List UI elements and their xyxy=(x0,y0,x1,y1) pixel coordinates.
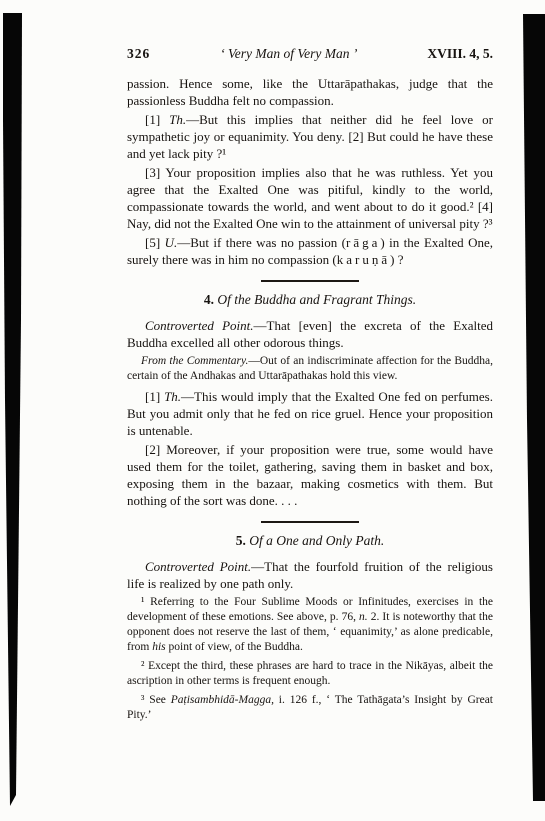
debate-4-paragraph-1: [1] Th.—This would imply that the Exalte… xyxy=(127,388,493,439)
debate-3-paragraph-3: [5] U.—But if there was no passion (rāga… xyxy=(127,234,493,268)
text-block: 326 ‘ Very Man of Very Man ’ XVIII. 4, 5… xyxy=(127,46,493,727)
section-divider xyxy=(261,521,359,523)
section-5-heading: 5. Of a One and Only Path. xyxy=(127,532,493,549)
page-header: 326 ‘ Very Man of Very Man ’ XVIII. 4, 5… xyxy=(127,46,493,62)
footnote-3: ³ See Paṭisambhidā-Magga, i. 126 f., ‘ T… xyxy=(127,693,493,723)
continuation-paragraph: passion. Hence some, like the Uttarāpath… xyxy=(127,75,493,109)
footnote-2: ² Except the third, these phrases are ha… xyxy=(127,659,493,689)
scan-edge-artifact-left xyxy=(3,13,22,806)
debate-3-paragraph-1: [1] Th.—But this implies that neither di… xyxy=(127,111,493,162)
commentary-extract-4: From the Commentary.—Out of an indiscrim… xyxy=(127,354,493,384)
section-reference: XVIII. 4, 5. xyxy=(427,46,493,62)
page-content: passion. Hence some, like the Uttarāpath… xyxy=(127,75,493,723)
footnote-1: ¹ Referring to the Four Sublime Moods or… xyxy=(127,595,493,655)
scan-edge-artifact-right xyxy=(523,14,545,801)
section-4-heading: 4. Of the Buddha and Fragrant Things. xyxy=(127,291,493,308)
book-page-scan: 326 ‘ Very Man of Very Man ’ XVIII. 4, 5… xyxy=(0,0,545,821)
debate-4-paragraph-2: [2] Moreover, if your proposition were t… xyxy=(127,441,493,509)
running-title: ‘ Very Man of Very Man ’ xyxy=(220,46,357,62)
section-divider xyxy=(261,280,359,282)
debate-3-paragraph-2: [3] Your proposition implies also that h… xyxy=(127,164,493,232)
controverted-point-5: Controverted Point.—That the fourfold fr… xyxy=(127,558,493,592)
page-number: 326 xyxy=(127,46,150,62)
controverted-point-4: Controverted Point.—That [even] the excr… xyxy=(127,317,493,351)
